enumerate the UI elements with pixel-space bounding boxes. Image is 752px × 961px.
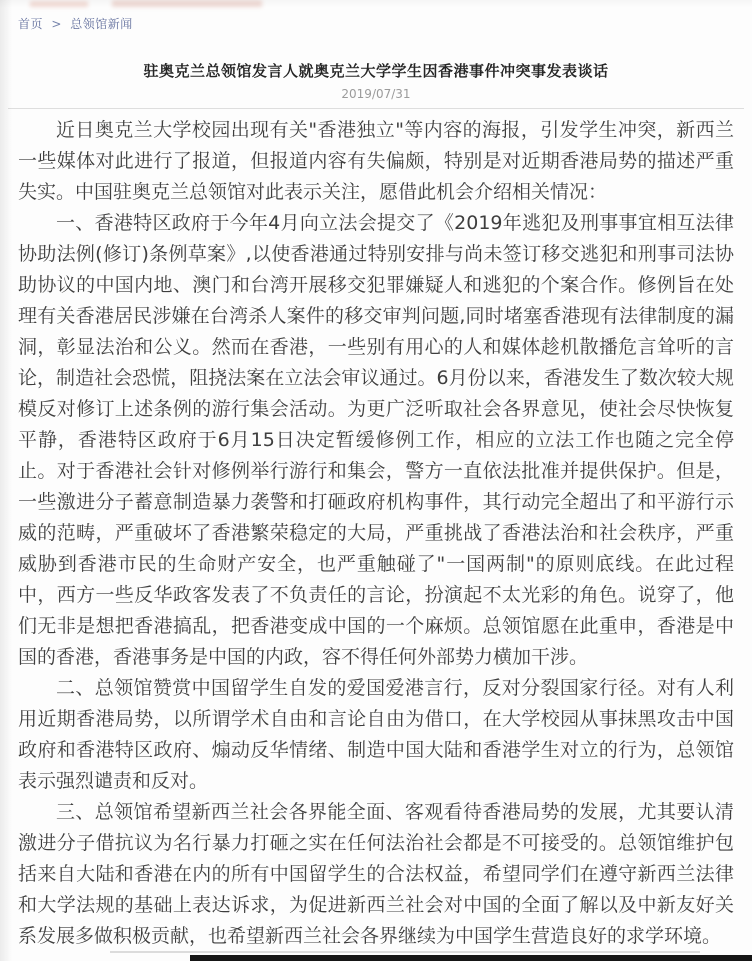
article-paragraph: 近日奥克兰大学校园出现有关"香港独立"等内容的海报，引发学生冲突，新西兰一些媒体… bbox=[18, 115, 734, 208]
photo-artifact-red-smudge bbox=[30, 1, 88, 7]
photo-crop-dark-bar bbox=[190, 955, 752, 961]
article-paragraph: 一、香港特区政府于今年4月向立法会提交了《2019年逃犯及刑事事宜相互法律协助法… bbox=[18, 208, 734, 673]
article-paragraph: 二、总领馆赞赏中国留学生自发的爱国爱港言行，反对分裂国家行径。对有人利用近期香港… bbox=[18, 673, 734, 797]
breadcrumb-home-link[interactable]: 首页 bbox=[18, 17, 43, 31]
article-paragraph: 三、总领馆希望新西兰社会各界能全面、客观看待香港局势的发展，尤其要认清激进分子借… bbox=[18, 797, 734, 952]
article-body: 近日奥克兰大学校园出现有关"香港独立"等内容的海报，引发学生冲突，新西兰一些媒体… bbox=[0, 115, 752, 952]
breadcrumb-separator: > bbox=[51, 17, 62, 31]
header-divider bbox=[8, 108, 744, 109]
photo-artifact-red-smudge bbox=[112, 0, 262, 7]
article-date: 2019/07/31 bbox=[0, 87, 752, 101]
breadcrumb-section-link[interactable]: 总领馆新闻 bbox=[70, 17, 133, 31]
photo-artifact-gray-line bbox=[110, 951, 700, 953]
page-title: 驻奥克兰总领馆发言人就奥克兰大学学生因香港事件冲突事发表谈话 bbox=[40, 60, 712, 81]
